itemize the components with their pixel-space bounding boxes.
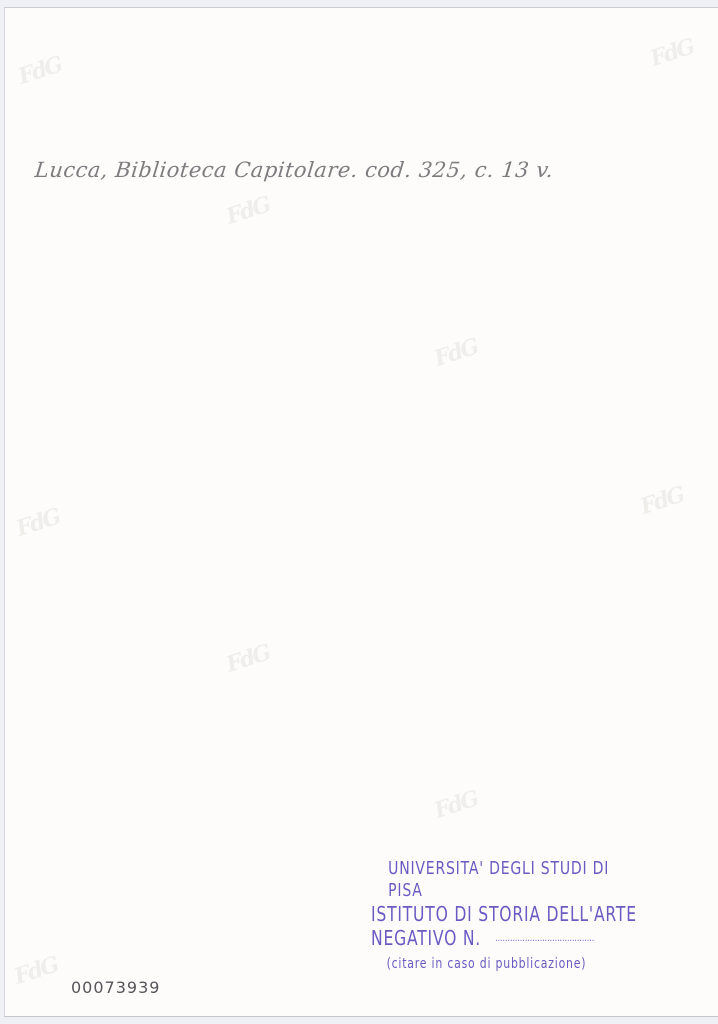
watermark: FdG	[431, 782, 493, 831]
watermark: FdG	[223, 188, 285, 237]
stamp-negative-label: NEGATIVO N.	[371, 926, 481, 950]
watermark: FdG	[637, 478, 699, 527]
watermark: FdG	[15, 48, 77, 97]
institution-stamp: UNIVERSITA' DEGLI STUDI DI PISA ISTITUTO…	[371, 858, 642, 977]
photo-back-sheet: FdG FdG FdG FdG FdG FdG FdG FdG FdG Lucc…	[4, 7, 718, 1017]
watermark: FdG	[11, 948, 73, 997]
watermark: FdG	[647, 30, 709, 79]
serial-number: 00073939	[71, 978, 160, 997]
stamp-citation-note: (citare in caso di pubblicazione)	[387, 951, 642, 977]
stamp-institute: ISTITUTO DI STORIA DELL'ARTE	[371, 902, 642, 926]
watermark: FdG	[13, 500, 75, 549]
stamp-negative-fill: ........................................	[495, 933, 594, 944]
watermark: FdG	[431, 330, 493, 379]
stamp-university: UNIVERSITA' DEGLI STUDI DI PISA	[388, 858, 642, 902]
handwritten-caption: Lucca, Biblioteca Capitolare. cod. 325, …	[34, 158, 555, 182]
stamp-negative-line: NEGATIVO N..............................…	[371, 926, 642, 951]
watermark: FdG	[223, 636, 285, 685]
